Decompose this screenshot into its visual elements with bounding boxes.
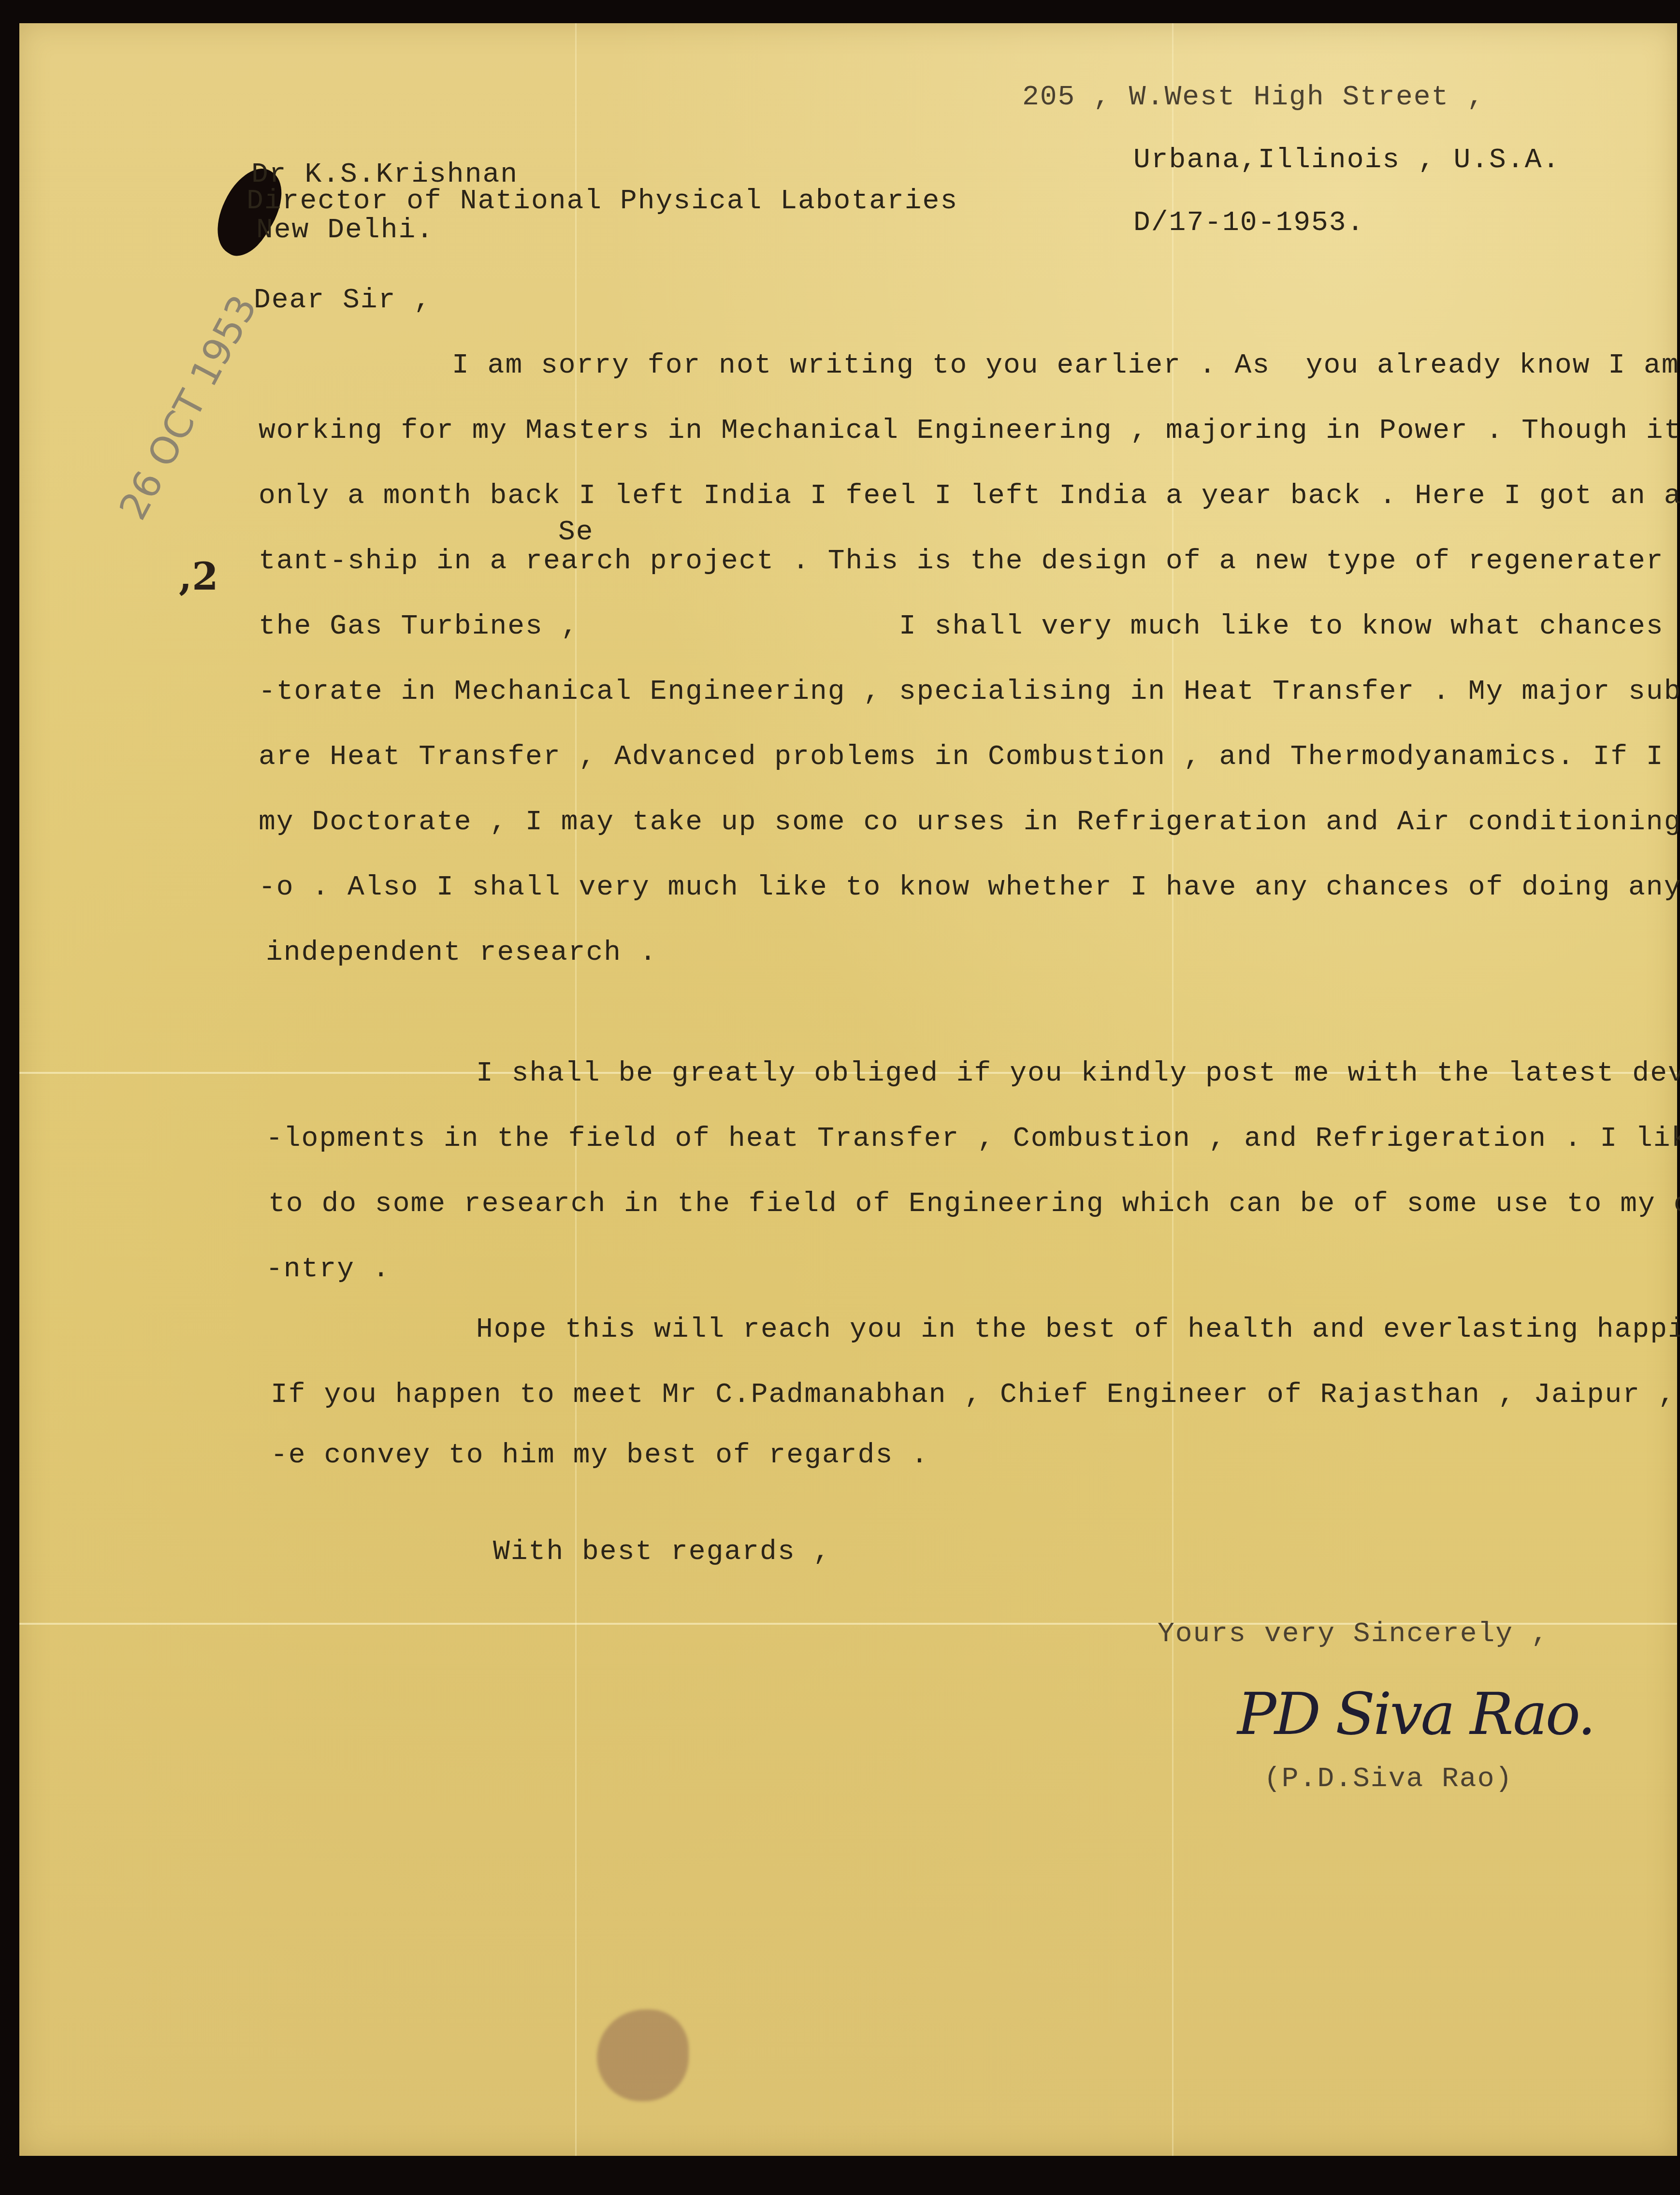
body-line: working for my Masters in Mechanical Eng…: [259, 417, 1680, 445]
recipient-city: New Delhi.: [256, 217, 434, 245]
salutation: Dear Sir ,: [254, 287, 432, 315]
body-line: -ntry .: [266, 1256, 391, 1284]
sender-address-line1: 205 , W.West High Street ,: [1022, 84, 1485, 112]
fold-crease: [1172, 23, 1173, 2156]
body-line-insertion: Se: [558, 519, 594, 547]
body-line: only a month back I left India I feel I …: [259, 482, 1680, 510]
sender-address-line2: Urbana,Illinois , U.S.A.: [1133, 146, 1560, 174]
body-line: independent research .: [266, 939, 657, 967]
paper-stain: [597, 2009, 689, 2101]
typed-name: (P.D.Siva Rao): [1264, 1765, 1513, 1793]
body-line: If you happen to meet Mr C.Padmanabhan ,…: [271, 1381, 1680, 1409]
valediction: Yours very Sincerely ,: [1158, 1620, 1549, 1648]
letter-date: D/17-10-1953.: [1133, 209, 1364, 237]
handwritten-signature: PD Siva Rao.: [1237, 1681, 1594, 1748]
body-line: to do some research in the field of Engi…: [268, 1190, 1680, 1218]
recipient-title: Director of National Physical Labotaries: [246, 188, 958, 216]
received-date-stamp: 26 OCT 1953: [111, 289, 265, 527]
body-line: -o . Also I shall very much like to know…: [259, 874, 1680, 902]
body-line: -lopments in the field of heat Transfer …: [266, 1125, 1680, 1153]
body-line: I am sorry for not writing to you earlie…: [452, 352, 1680, 380]
body-line: Hope this will reach you in the best of …: [476, 1316, 1680, 1344]
body-line: -e convey to him my best of regards .: [271, 1442, 929, 1470]
body-line: -torate in Mechanical Engineering , spec…: [259, 678, 1680, 706]
body-line: my Doctorate , I may take up some co urs…: [259, 809, 1680, 837]
fold-crease: [575, 23, 577, 2156]
recipient-name: Dr K.S.Krishnan: [251, 161, 518, 189]
body-line: are Heat Transfer , Advanced problems in…: [259, 743, 1680, 771]
body-line: I shall be greatly obliged if you kindly…: [476, 1060, 1680, 1088]
letter-page: 205 , W.West High Street , Urbana,Illino…: [19, 23, 1677, 2156]
closing-line: With best regards ,: [493, 1538, 831, 1566]
body-line: the Gas Turbines , I shall very much lik…: [259, 613, 1680, 641]
margin-mark: ,2: [179, 555, 218, 599]
body-line: tant-ship in a rearch project . This is …: [259, 548, 1680, 576]
